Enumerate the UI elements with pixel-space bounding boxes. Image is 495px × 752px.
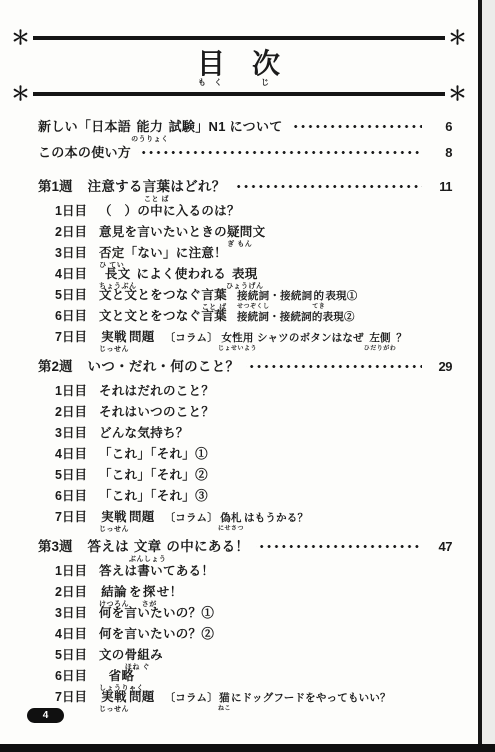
text-segment: それはいつのこと？ [99, 405, 214, 419]
text-segment: 答えは [88, 539, 129, 554]
text-segment: 文と文とをつなぐ [99, 288, 201, 302]
text-segment: 答えは書いてある！ [99, 564, 214, 578]
entry-title: 文と文とをつなぐ言葉 [99, 306, 227, 324]
ruby-word: 女性用じょせいよう [218, 332, 257, 352]
toc-day-entry: 1日目（ ）の中に入るのは？ [38, 201, 452, 222]
toc-header: ＊ ＊ 目も く次じ ＊ ＊ [0, 0, 478, 102]
ruby-word: 猫ねこ [218, 692, 231, 712]
header-rule-bottom: ＊ ＊ [0, 86, 478, 102]
ruby-word: 実戦じっせん [99, 690, 129, 713]
text-segment: （ ）の中に入るのは？ [99, 204, 240, 218]
ruby-word: 次じ [252, 49, 281, 87]
leader-dots [246, 362, 422, 371]
page-number-badge: 4 [27, 708, 64, 723]
day-label: 1日目 [55, 201, 87, 219]
toc-day-entry: 2日目意見を言いたいときの疑問ぎ もん文 [38, 222, 452, 243]
text-segment: ？ [396, 332, 407, 344]
text-segment: 「これ」「それ」② [99, 468, 208, 482]
day-label: 4日目 [55, 264, 87, 282]
text-segment: 〔コラム〕 [165, 332, 218, 344]
entry-subtitle: 〔コラム〕女性用じょせいようシャツのボタンはなぜ左側ひだりがわ？ [165, 330, 407, 352]
page-number: 8 [426, 145, 452, 160]
ruby-word: 的てき [312, 290, 325, 310]
asterisk-ornament: ＊ [448, 85, 467, 104]
toc-day-entry: 1日目答えは書いてある！ [38, 561, 452, 582]
text-segment: 試験」N1 について [169, 119, 283, 134]
text-segment: 何を言いたいの？① [99, 606, 214, 620]
day-label: 7日目 [55, 687, 87, 705]
ruby-word: 能力のうりょく [131, 120, 169, 143]
text-segment: 意見を言いたいときの [99, 225, 227, 239]
text-segment: 「これ」「それ」① [99, 447, 208, 461]
week-label: 第2週 [38, 355, 73, 375]
week-label: 第3週 [38, 535, 73, 555]
ruby-word: 文章ぶんしょう [129, 539, 167, 563]
toc-day-entry: 6日目文と文とをつなぐ言葉接続詞・接続詞的表現② [38, 306, 452, 327]
text-segment: はどれ？ [170, 179, 225, 194]
toc-day-entry: 1日目それはだれのこと？ [38, 381, 452, 402]
text-segment: 文 [253, 225, 266, 239]
entry-subtitle: 接続詞せつぞくし・接続詞的てき表現① [237, 288, 357, 310]
toc-day-entry: 2日目それはいつのこと？ [38, 402, 452, 423]
text-segment: ・接続詞 [269, 290, 312, 302]
week-label: 第1週 [38, 175, 73, 195]
text-segment: シャツのボタンはなぜ [257, 332, 364, 344]
day-label: 6日目 [55, 666, 87, 684]
leader-dots [233, 182, 422, 191]
text-segment: いつ・だれ・何のこと？ [88, 359, 240, 374]
scan-margin [482, 0, 495, 744]
page-number: 11 [426, 179, 452, 194]
ruby-word: 表現ひょうげん [226, 267, 264, 290]
leader-dots [138, 148, 422, 157]
text-segment: 問題 [129, 510, 155, 524]
entry-title: 実戦じっせん問題 [99, 687, 155, 713]
toc-day-entry: 5日目「これ」「それ」② [38, 465, 452, 486]
entry-title: この本の使い方 [38, 142, 131, 161]
day-label: 5日目 [55, 465, 87, 483]
text-segment: せ！ [157, 585, 183, 599]
toc-day-entry: 7日目実戦じっせん問題〔コラム〕偽札にせさつはもうかる？ [38, 507, 452, 528]
toc-week-heading: 第3週答えは文章ぶんしょうの中にある！47 [38, 535, 452, 561]
toc-day-entry: 5日目文と文とをつなぐ言葉こと ば接続詞せつぞくし・接続詞的てき表現① [38, 285, 452, 306]
page-title: 目も く次じ [0, 46, 478, 86]
ruby-word: 疑問ぎ もん [227, 225, 253, 248]
day-label: 4日目 [55, 444, 87, 462]
leader-dots [290, 122, 422, 131]
text-segment: 表現① [325, 290, 357, 302]
toc-entry: 新しい「日本語能力のうりょく試験」N1 について6 [38, 116, 452, 142]
text-segment: み [150, 648, 163, 662]
leader-dots [256, 542, 422, 551]
day-label: 2日目 [55, 402, 87, 420]
entry-title: 実戦じっせん問題 [99, 327, 155, 353]
toc-day-entry: 7日目実戦じっせん問題〔コラム〕女性用じょせいようシャツのボタンはなぜ左側ひだり… [38, 327, 452, 348]
day-label: 6日目 [55, 486, 87, 504]
toc-day-entry: 7日目実戦じっせん問題〔コラム〕猫ねこにドッグフードをやってもいい？ [38, 687, 452, 708]
toc-day-entry: 3日目どんな気持ち？ [38, 423, 452, 444]
page-number: 6 [426, 119, 452, 134]
text-segment: 〔コラム〕 [165, 692, 218, 704]
ruby-word: 目も く [197, 49, 226, 87]
ruby-word: 偽札にせさつ [218, 512, 244, 532]
toc-day-entry: 3日目何を言いたいの？① [38, 603, 452, 624]
entry-title: どんな気持ち？ [99, 423, 189, 441]
text-segment: 新しい「日本語 [38, 119, 131, 134]
toc-day-entry: 5日目文の骨組ほね ぐみ [38, 645, 452, 666]
day-label: 2日目 [55, 582, 87, 600]
entry-title: 実戦じっせん問題 [99, 507, 155, 533]
day-label: 2日目 [55, 222, 87, 240]
text-segment: 「ない」に注意！ [125, 246, 227, 260]
entry-title: それはいつのこと？ [99, 402, 214, 420]
toc-day-entry: 6日目「これ」「それ」③ [38, 486, 452, 507]
day-label: 1日目 [55, 561, 87, 579]
day-label: 3日目 [55, 243, 87, 261]
page-bottom-edge-shadow [0, 744, 495, 752]
day-label: 4日目 [55, 624, 87, 642]
toc-day-entry: 6日目省略しょうりゃく [38, 666, 452, 687]
entry-title: 「これ」「それ」③ [99, 486, 208, 504]
text-segment: 注意する [88, 179, 143, 194]
ruby-word: 左側ひだりがわ [364, 332, 397, 352]
entry-title: それはだれのこと？ [99, 381, 214, 399]
toc-entry: この本の使い方8 [38, 142, 452, 168]
scanned-book-page: ＊ ＊ 目も く次じ ＊ ＊ 新しい「日本語能力のうりょく試験」N1 について6… [0, 0, 478, 752]
day-label: 7日目 [55, 507, 87, 525]
entry-title: 「これ」「それ」② [99, 465, 208, 483]
entry-title: 何を言いたいの？① [99, 603, 214, 621]
text-segment: を [129, 585, 142, 599]
page-number: 29 [426, 359, 452, 374]
text-segment: 文の [99, 648, 125, 662]
ruby-word: 実戦じっせん [99, 510, 129, 533]
toc-day-entry: 4日目「これ」「それ」① [38, 444, 452, 465]
text-segment: の中にある！ [166, 539, 249, 554]
asterisk-ornament: ＊ [11, 29, 30, 48]
toc: 新しい「日本語能力のうりょく試験」N1 について6この本の使い方8第1週注意する… [0, 102, 478, 708]
text-segment: 〔コラム〕 [165, 512, 218, 524]
text-segment: はもうかる？ [244, 512, 308, 524]
day-label: 3日目 [55, 603, 87, 621]
day-label: 7日目 [55, 327, 87, 345]
horizontal-rule [33, 36, 445, 40]
ruby-word: 実戦じっせん [99, 330, 129, 353]
ruby-word: 骨組ほね ぐ [125, 648, 151, 671]
day-label: 5日目 [55, 645, 87, 663]
asterisk-ornament: ＊ [11, 85, 30, 104]
day-label: 5日目 [55, 285, 87, 303]
day-label: 6日目 [55, 306, 87, 324]
text-segment: 問題 [129, 690, 155, 704]
toc-week-heading: 第1週注意する言葉こと ばはどれ？11 [38, 175, 452, 201]
entry-title: 答えは文章ぶんしょうの中にある！ [88, 535, 250, 563]
entry-subtitle: 接続詞・接続詞的表現② [237, 309, 355, 324]
toc-day-entry: 4日目何を言いたいの？② [38, 624, 452, 645]
entry-title: 新しい「日本語能力のうりょく試験」N1 について [38, 116, 283, 143]
toc-week-heading: 第2週いつ・だれ・何のこと？29 [38, 355, 452, 381]
header-rule-top: ＊ ＊ [0, 30, 478, 46]
entry-subtitle: 〔コラム〕偽札にせさつはもうかる？ [165, 510, 309, 532]
entry-title: 何を言いたいの？② [99, 624, 214, 642]
toc-day-entry: 4日目長文ちょうぶんによく使われる表現ひょうげん [38, 264, 452, 285]
text-segment: 文と文とをつなぐ言葉 [99, 309, 227, 323]
entry-title: （ ）の中に入るのは？ [99, 201, 240, 219]
page-number: 47 [426, 539, 452, 554]
text-segment: どんな気持ち？ [99, 426, 189, 440]
text-segment: 問題 [129, 330, 155, 344]
day-label: 1日目 [55, 381, 87, 399]
text-segment: によく使われる [136, 267, 226, 281]
text-segment: それはだれのこと？ [99, 384, 214, 398]
entry-subtitle: 〔コラム〕猫ねこにドッグフードをやってもいい？ [165, 690, 391, 712]
text-segment: 何を言いたいの？② [99, 627, 214, 641]
text-segment: にドッグフードをやってもいい？ [231, 692, 391, 704]
toc-day-entry: 2日目結論けつろんを探さがせ！ [38, 582, 452, 603]
entry-title: 注意する言葉こと ばはどれ？ [88, 175, 226, 203]
text-segment: 接続詞・接続詞的表現② [237, 311, 355, 323]
day-label: 3日目 [55, 423, 87, 441]
text-segment: 「これ」「それ」③ [99, 489, 208, 503]
entry-title: 「これ」「それ」① [99, 444, 208, 462]
horizontal-rule [33, 92, 445, 96]
entry-title: 文の骨組ほね ぐみ [99, 645, 163, 671]
ruby-word: 接続詞せつぞくし [237, 290, 270, 310]
asterisk-ornament: ＊ [448, 29, 467, 48]
text-segment: この本の使い方 [38, 145, 131, 160]
entry-title: 答えは書いてある！ [99, 561, 214, 579]
ruby-word: 言葉こと ば [143, 179, 171, 203]
entry-title: いつ・だれ・何のこと？ [88, 355, 240, 375]
